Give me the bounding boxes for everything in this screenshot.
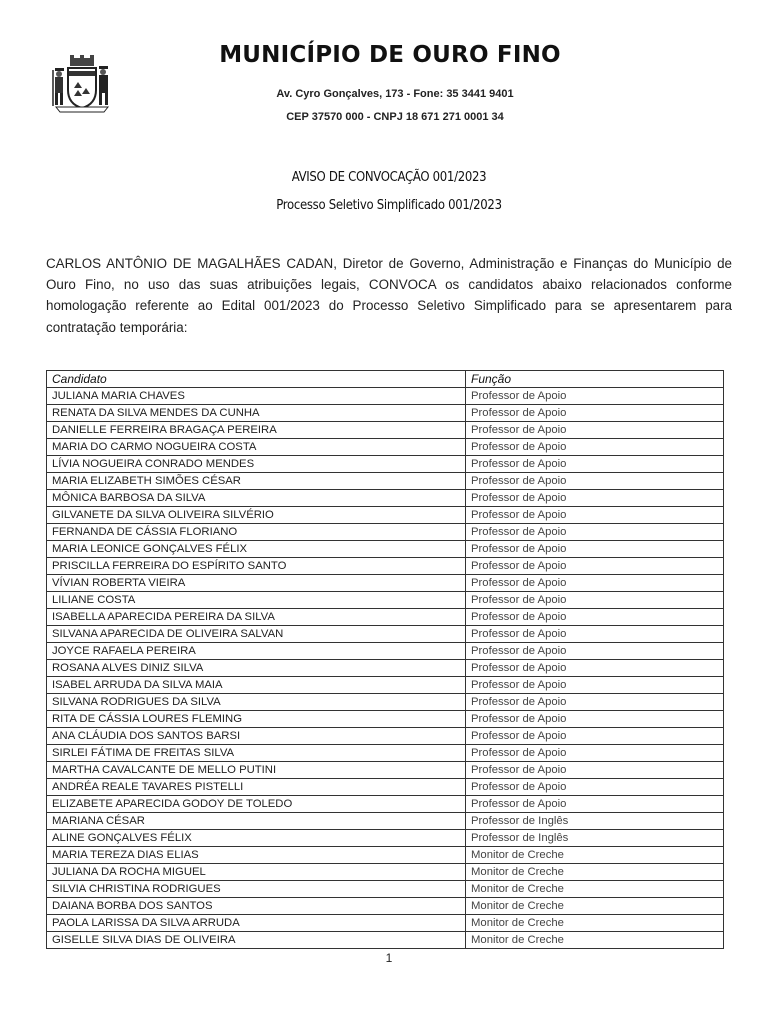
candidate-name: ANDRÉA REALE TAVARES PISTELLI	[47, 779, 466, 796]
candidate-name: SILVIA CHRISTINA RODRIGUES	[47, 881, 466, 898]
registry-line: CEP 37570 000 - CNPJ 18 671 271 0001 34	[230, 111, 560, 123]
candidate-role: Monitor de Creche	[466, 915, 724, 932]
notice-subtitle: Processo Seletivo Simplificado 001/2023	[0, 198, 778, 213]
candidate-role: Professor de Apoio	[466, 507, 724, 524]
table-row: SILVANA APARECIDA DE OLIVEIRA SALVANProf…	[47, 626, 724, 643]
table-row: MARIA LEONICE GONÇALVES FÉLIXProfessor d…	[47, 541, 724, 558]
candidate-name: GISELLE SILVA DIAS DE OLIVEIRA	[47, 932, 466, 949]
candidate-name: LILIANE COSTA	[47, 592, 466, 609]
table-row: LÍVIA NOGUEIRA CONRADO MENDESProfessor d…	[47, 456, 724, 473]
candidate-role: Professor de Apoio	[466, 643, 724, 660]
table-row: SILVANA RODRIGUES DA SILVAProfessor de A…	[47, 694, 724, 711]
candidate-role: Professor de Apoio	[466, 779, 724, 796]
candidate-role: Professor de Apoio	[466, 524, 724, 541]
municipal-coat-of-arms-icon	[50, 52, 114, 116]
table-row: DANIELLE FERREIRA BRAGAÇA PEREIRAProfess…	[47, 422, 724, 439]
candidate-name: PAOLA LARISSA DA SILVA ARRUDA	[47, 915, 466, 932]
candidate-role: Monitor de Creche	[466, 898, 724, 915]
address-line: Av. Cyro Gonçalves, 173 - Fone: 35 3441 …	[230, 88, 560, 100]
candidate-role: Professor de Apoio	[466, 558, 724, 575]
table-row: MÔNICA BARBOSA DA SILVAProfessor de Apoi…	[47, 490, 724, 507]
candidate-name: ISABELLA APARECIDA PEREIRA DA SILVA	[47, 609, 466, 626]
candidate-role: Professor de Apoio	[466, 660, 724, 677]
table-row: RENATA DA SILVA MENDES DA CUNHAProfessor…	[47, 405, 724, 422]
candidate-name: MARTHA CAVALCANTE DE MELLO PUTINI	[47, 762, 466, 779]
candidate-name: MARIA TEREZA DIAS ELIAS	[47, 847, 466, 864]
candidate-role: Professor de Apoio	[466, 422, 724, 439]
candidate-role: Professor de Apoio	[466, 473, 724, 490]
table-row: SILVIA CHRISTINA RODRIGUESMonitor de Cre…	[47, 881, 724, 898]
candidate-role: Professor de Apoio	[466, 745, 724, 762]
candidate-name: GILVANETE DA SILVA OLIVEIRA SILVÉRIO	[47, 507, 466, 524]
candidate-role: Professor de Apoio	[466, 711, 724, 728]
candidate-role: Professor de Apoio	[466, 541, 724, 558]
candidate-name: SILVANA APARECIDA DE OLIVEIRA SALVAN	[47, 626, 466, 643]
candidate-name: MARIA ELIZABETH SIMÕES CÉSAR	[47, 473, 466, 490]
candidate-name: DAIANA BORBA DOS SANTOS	[47, 898, 466, 915]
candidate-name: JULIANA MARIA CHAVES	[47, 388, 466, 405]
table-row: JOYCE RAFAELA PEREIRAProfessor de Apoio	[47, 643, 724, 660]
column-header-candidate: Candidato	[47, 371, 466, 388]
municipality-title: MUNICÍPIO DE OURO FINO	[200, 42, 580, 68]
candidate-name: SIRLEI FÁTIMA DE FREITAS SILVA	[47, 745, 466, 762]
candidate-name: DANIELLE FERREIRA BRAGAÇA PEREIRA	[47, 422, 466, 439]
notice-body: CARLOS ANTÔNIO DE MAGALHÃES CADAN, Diret…	[46, 253, 732, 338]
candidate-role: Professor de Apoio	[466, 439, 724, 456]
table-row: ISABEL ARRUDA DA SILVA MAIAProfessor de …	[47, 677, 724, 694]
candidate-name: ANA CLÁUDIA DOS SANTOS BARSI	[47, 728, 466, 745]
table-row: PRISCILLA FERREIRA DO ESPÍRITO SANTOProf…	[47, 558, 724, 575]
candidate-role: Professor de Apoio	[466, 677, 724, 694]
candidate-name: LÍVIA NOGUEIRA CONRADO MENDES	[47, 456, 466, 473]
candidate-name: ELIZABETE APARECIDA GODOY DE TOLEDO	[47, 796, 466, 813]
candidate-name: ALINE GONÇALVES FÉLIX	[47, 830, 466, 847]
candidates-table-container: Candidato Função JULIANA MARIA CHAVESPro…	[46, 370, 723, 949]
table-row: MARIA DO CARMO NOGUEIRA COSTAProfessor d…	[47, 439, 724, 456]
candidate-role: Professor de Apoio	[466, 490, 724, 507]
candidate-name: ROSANA ALVES DINIZ SILVA	[47, 660, 466, 677]
table-row: JULIANA DA ROCHA MIGUELMonitor de Creche	[47, 864, 724, 881]
candidate-role: Professor de Apoio	[466, 405, 724, 422]
candidate-role: Professor de Apoio	[466, 592, 724, 609]
table-row: VÍVIAN ROBERTA VIEIRAProfessor de Apoio	[47, 575, 724, 592]
candidate-name: FERNANDA DE CÁSSIA FLORIANO	[47, 524, 466, 541]
candidate-role: Professor de Apoio	[466, 456, 724, 473]
table-row: ANDRÉA REALE TAVARES PISTELLIProfessor d…	[47, 779, 724, 796]
candidate-role: Monitor de Creche	[466, 881, 724, 898]
candidate-name: JULIANA DA ROCHA MIGUEL	[47, 864, 466, 881]
candidate-name: MARIA DO CARMO NOGUEIRA COSTA	[47, 439, 466, 456]
table-header-row: Candidato Função	[47, 371, 724, 388]
candidate-role: Professor de Inglês	[466, 830, 724, 847]
table-row: FERNANDA DE CÁSSIA FLORIANOProfessor de …	[47, 524, 724, 541]
candidate-role: Monitor de Creche	[466, 864, 724, 881]
candidate-name: VÍVIAN ROBERTA VIEIRA	[47, 575, 466, 592]
candidate-name: MÔNICA BARBOSA DA SILVA	[47, 490, 466, 507]
candidate-role: Professor de Apoio	[466, 626, 724, 643]
candidate-role: Professor de Apoio	[466, 762, 724, 779]
candidate-name: RENATA DA SILVA MENDES DA CUNHA	[47, 405, 466, 422]
candidate-name: PRISCILLA FERREIRA DO ESPÍRITO SANTO	[47, 558, 466, 575]
candidate-role: Professor de Apoio	[466, 728, 724, 745]
table-row: JULIANA MARIA CHAVESProfessor de Apoio	[47, 388, 724, 405]
table-row: LILIANE COSTAProfessor de Apoio	[47, 592, 724, 609]
table-row: MARIANA CÉSARProfessor de Inglês	[47, 813, 724, 830]
table-row: GILVANETE DA SILVA OLIVEIRA SILVÉRIOProf…	[47, 507, 724, 524]
table-row: ELIZABETE APARECIDA GODOY DE TOLEDOProfe…	[47, 796, 724, 813]
candidate-role: Professor de Inglês	[466, 813, 724, 830]
candidate-role: Professor de Apoio	[466, 694, 724, 711]
candidate-role: Monitor de Creche	[466, 932, 724, 949]
table-body: JULIANA MARIA CHAVESProfessor de ApoioRE…	[47, 388, 724, 949]
table-row: GISELLE SILVA DIAS DE OLIVEIRAMonitor de…	[47, 932, 724, 949]
table-row: PAOLA LARISSA DA SILVA ARRUDAMonitor de …	[47, 915, 724, 932]
candidates-table: Candidato Função JULIANA MARIA CHAVESPro…	[46, 370, 724, 949]
table-row: ANA CLÁUDIA DOS SANTOS BARSIProfessor de…	[47, 728, 724, 745]
table-row: ALINE GONÇALVES FÉLIXProfessor de Inglês	[47, 830, 724, 847]
coat-of-arms-graphic	[50, 52, 114, 116]
candidate-role: Monitor de Creche	[466, 847, 724, 864]
candidate-role: Professor de Apoio	[466, 575, 724, 592]
table-row: DAIANA BORBA DOS SANTOSMonitor de Creche	[47, 898, 724, 915]
table-row: ROSANA ALVES DINIZ SILVAProfessor de Apo…	[47, 660, 724, 677]
candidate-name: SILVANA RODRIGUES DA SILVA	[47, 694, 466, 711]
candidate-name: ISABEL ARRUDA DA SILVA MAIA	[47, 677, 466, 694]
table-row: MARIA ELIZABETH SIMÕES CÉSARProfessor de…	[47, 473, 724, 490]
candidate-name: MARIA LEONICE GONÇALVES FÉLIX	[47, 541, 466, 558]
table-row: MARTHA CAVALCANTE DE MELLO PUTINIProfess…	[47, 762, 724, 779]
table-row: RITA DE CÁSSIA LOURES FLEMINGProfessor d…	[47, 711, 724, 728]
column-header-role: Função	[466, 371, 724, 388]
candidate-name: MARIANA CÉSAR	[47, 813, 466, 830]
table-row: ISABELLA APARECIDA PEREIRA DA SILVAProfe…	[47, 609, 724, 626]
candidate-role: Professor de Apoio	[466, 388, 724, 405]
candidate-name: JOYCE RAFAELA PEREIRA	[47, 643, 466, 660]
page-number: 1	[0, 951, 778, 965]
table-row: MARIA TEREZA DIAS ELIASMonitor de Creche	[47, 847, 724, 864]
candidate-name: RITA DE CÁSSIA LOURES FLEMING	[47, 711, 466, 728]
table-row: SIRLEI FÁTIMA DE FREITAS SILVAProfessor …	[47, 745, 724, 762]
candidate-role: Professor de Apoio	[466, 609, 724, 626]
candidate-role: Professor de Apoio	[466, 796, 724, 813]
notice-title: AVISO DE CONVOCAÇÃO 001/2023	[0, 170, 778, 185]
